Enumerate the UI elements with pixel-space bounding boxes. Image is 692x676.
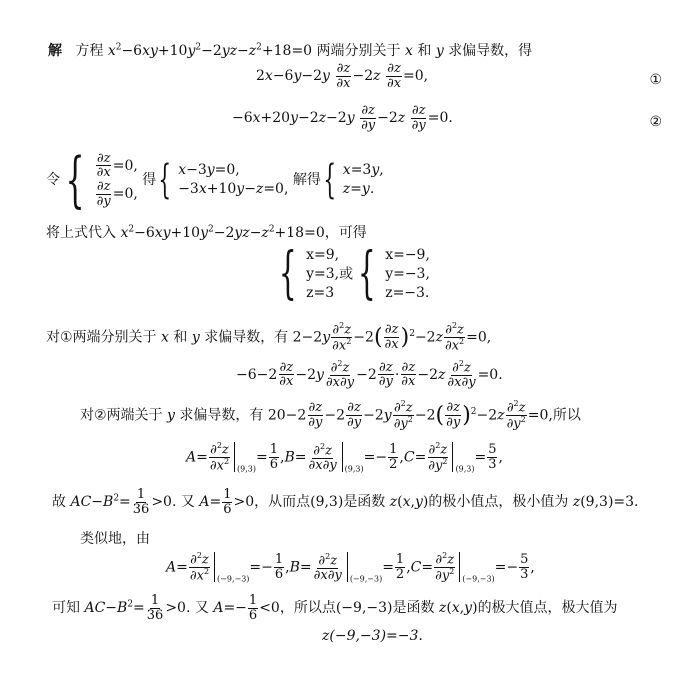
- critical-points: { x=9, y=3, z=3 或{ x=−9, y=−3, z=−3.: [274, 246, 430, 303]
- diff1-line: 对①两端分别关于 x 和 y 求偏导数，有 2−2y∂2z∂x2−2(∂z∂x)…: [46, 322, 491, 353]
- let-system: 令{ ∂z∂x=0, ∂z∂y=0, 得{ x−3y=0, −3x+10y−z=…: [46, 150, 384, 210]
- substitute-line: 将上式代入 x2−6xy+10y2−2yz−z2+18=0，可得: [46, 222, 367, 242]
- point1-abc: A=∂2z∂x2(9,3)=16,B=∂2z∂x∂y(9,3)=−12,C=∂2…: [186, 442, 503, 473]
- equation-2: −6x+20y−2z−2y ∂z∂y−2z ∂z∂y=0.: [232, 104, 453, 132]
- similarly-line: 类似地，由: [80, 528, 150, 548]
- equation-1: 2x−6y−2y ∂z∂x−2z ∂z∂x=0,: [256, 62, 428, 90]
- diff2-line: 对②两端关于 y 求偏导数，有 20−2∂z∂y−2∂z∂y−2y∂2z∂y2−…: [80, 400, 581, 431]
- conclusion-2: 可知 AC−B2=136>0. 又 A=−16<0，所以点(−9,−3)是函数 …: [52, 594, 618, 622]
- conclusion-1: 故 AC−B2=136>0. 又 A=16>0，从而点(9,3)是函数 z(x,…: [52, 488, 639, 516]
- point2-abc: A=∂2z∂x2(−9,−3)=−16,B=∂2z∂x∂y(−9,−3)=12,…: [166, 552, 535, 583]
- equation-2-marker: ②: [649, 114, 662, 130]
- diff1-b: −6−2∂z∂x−2y∂2z∂x∂y−2∂z∂y·∂z∂x−2z∂2z∂x∂y=…: [236, 360, 503, 390]
- final-value: z(−9,−3)=−3.: [322, 628, 423, 644]
- solution-label: 解: [48, 43, 62, 59]
- solution-intro: 解 方程 x2−6xy+10y2−2yz−z2+18=0 两端分别关于 x 和 …: [48, 40, 532, 60]
- equation-1-marker: ①: [649, 72, 662, 88]
